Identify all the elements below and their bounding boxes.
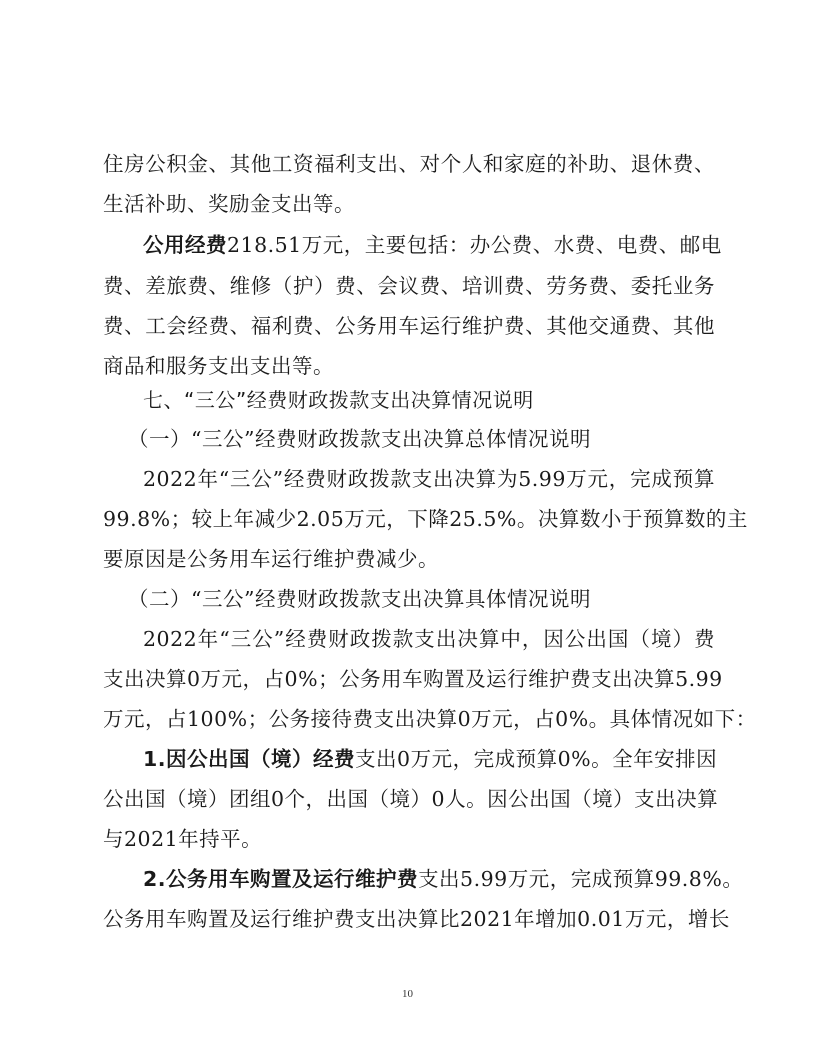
paragraph-line: 公务用车购置及运行维护费支出决算比2021年增加0.01万元，增长	[103, 905, 715, 933]
line-text: 支出5.99万元，完成预算99.8%。	[418, 867, 743, 891]
line-text: 218.51万元，主要包括：办公费、水费、电费、邮电	[227, 233, 722, 257]
paragraph-line: 费、差旅费、维修（护）费、会议费、培训费、劳务费、委托业务	[103, 272, 715, 300]
paragraph-line: 与2021年持平。	[103, 825, 715, 853]
paragraph-line: 2022年“三公”经费财政拨款支出决算为5.99万元，完成预算	[143, 465, 715, 493]
paragraph-line: 1.因公出国（境）经费支出0万元，完成预算0%。全年安排因	[143, 745, 715, 773]
paragraph-line: 公用经费218.51万元，主要包括：办公费、水费、电费、邮电	[143, 231, 715, 259]
section-heading: 七、“三公”经费财政拨款支出决算情况说明	[143, 386, 715, 414]
paragraph-line: 住房公积金、其他工资福利支出、对个人和家庭的补助、退休费、	[103, 150, 715, 178]
paragraph-line: 要原因是公务用车运行维护费减少。	[103, 545, 715, 573]
line-text: 支出0万元，完成预算0%。全年安排因	[355, 747, 717, 771]
bold-term: 2.公务用车购置及运行维护费	[143, 867, 418, 891]
paragraph-line: 2.公务用车购置及运行维护费支出5.99万元，完成预算99.8%。	[143, 865, 715, 893]
bold-term: 公用经费	[143, 233, 227, 257]
paragraph-line: 支出决算0万元，占0%；公务用车购置及运行维护费支出决算5.99	[103, 665, 715, 693]
subsection-heading: （二）“三公”经费财政拨款支出决算具体情况说明	[128, 585, 740, 613]
paragraph-line: 万元，占100%；公务接待费支出决算0万元，占0%。具体情况如下：	[103, 705, 715, 733]
page-number: 10	[0, 988, 815, 1000]
subsection-heading: （一）“三公”经费财政拨款支出决算总体情况说明	[128, 425, 740, 453]
paragraph-line: 商品和服务支出支出等。	[103, 352, 715, 380]
paragraph-line: 99.8%；较上年减少2.05万元，下降25.5%。决算数小于预算数的主	[103, 505, 715, 533]
bold-term: 1.因公出国（境）经费	[143, 747, 355, 771]
paragraph-line: 2022年“三公”经费财政拨款支出决算中，因公出国（境）费	[143, 625, 715, 653]
paragraph-line: 费、工会经费、福利费、公务用车运行维护费、其他交通费、其他	[103, 312, 715, 340]
paragraph-line: 生活补助、奖励金支出等。	[103, 190, 715, 218]
paragraph-line: 公出国（境）团组0个，出国（境）0人。因公出国（境）支出决算	[103, 785, 715, 813]
